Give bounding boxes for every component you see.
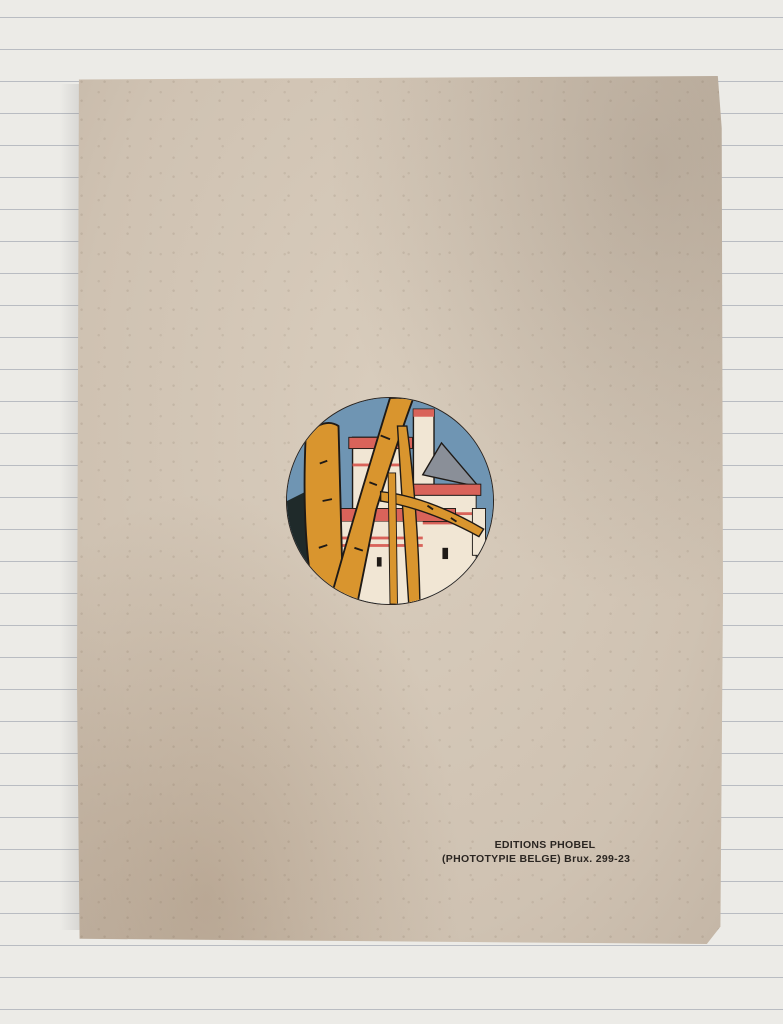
booklet-shadow <box>60 84 80 930</box>
castle-trees-icon <box>287 398 493 604</box>
imprint-line-publisher: EDITIONS PHOBEL <box>430 838 660 852</box>
publisher-imprint: EDITIONS PHOBEL (PHOTOTYPIE BELGE) Brux.… <box>430 838 660 866</box>
imprint-line-printer: (PHOTOTYPIE BELGE) Brux. 299-23 <box>430 852 660 866</box>
castle-vignette-illustration <box>286 397 494 605</box>
